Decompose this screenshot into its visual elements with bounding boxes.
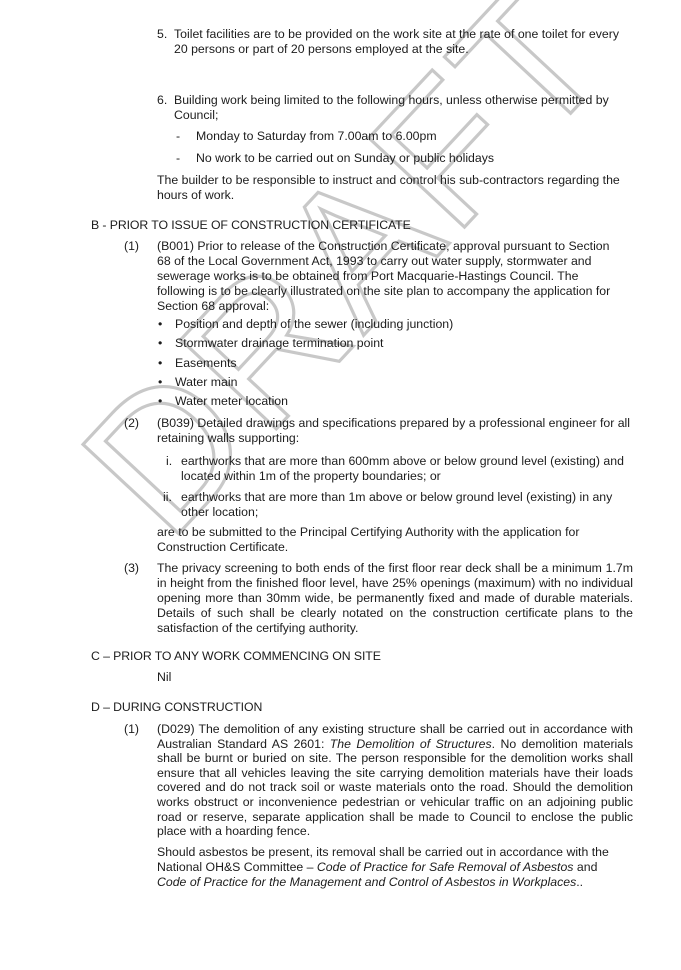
condition-text: (B039) Detailed drawings and specificati… bbox=[157, 416, 632, 446]
condition-text: (B001) Prior to release of the Construct… bbox=[157, 239, 619, 314]
sub-item-text: earthworks that are more than 600mm abov… bbox=[181, 454, 633, 484]
section-heading: D – DURING CONSTRUCTION bbox=[91, 700, 262, 715]
text-run: .. bbox=[576, 875, 583, 889]
closing-text: The builder to be responsible to instruc… bbox=[157, 173, 635, 203]
text-run: and bbox=[573, 860, 597, 874]
dash-marker: - bbox=[176, 129, 180, 144]
standard-title: The Demolition of Structures bbox=[330, 737, 492, 751]
condition-closing: are to be submitted to the Principal Cer… bbox=[157, 525, 617, 555]
list-item: Water meter location bbox=[175, 394, 288, 409]
list-item: Position and depth of the sewer (includi… bbox=[175, 317, 453, 332]
section-body: Nil bbox=[157, 670, 171, 685]
document-page: DRAFT 5. Toilet facilities are to be pro… bbox=[0, 0, 681, 970]
condition-text: Toilet facilities are to be provided on … bbox=[174, 27, 622, 57]
bullet-icon: • bbox=[158, 356, 162, 371]
code-title: Code of Practice for the Management and … bbox=[157, 875, 576, 889]
list-marker: 6. bbox=[157, 93, 167, 108]
condition-marker: (1) bbox=[124, 239, 139, 254]
list-item: Easements bbox=[175, 356, 237, 371]
bullet-icon: • bbox=[158, 336, 162, 351]
hours-text: Monday to Saturday from 7.00am to 6.00pm bbox=[196, 129, 437, 144]
condition-text: The privacy screening to both ends of th… bbox=[157, 561, 633, 636]
sub-item-text: earthworks that are more than 1m above o… bbox=[181, 490, 621, 520]
condition-marker: (2) bbox=[124, 416, 139, 431]
condition-text: (D029) The demolition of any existing st… bbox=[157, 722, 633, 839]
condition-marker: (3) bbox=[124, 561, 139, 576]
dash-marker: - bbox=[176, 151, 180, 166]
section-heading: B - PRIOR TO ISSUE OF CONSTRUCTION CERTI… bbox=[91, 218, 411, 233]
list-item: Stormwater drainage termination point bbox=[175, 336, 383, 351]
text-run: . No demolition materials shall be burnt… bbox=[157, 737, 633, 839]
asbestos-paragraph: Should asbestos be present, its removal … bbox=[157, 845, 622, 890]
code-title: Code of Practice for Safe Removal of Asb… bbox=[317, 860, 574, 874]
roman-marker: ii. bbox=[163, 490, 172, 505]
condition-text: Building work being limited to the follo… bbox=[174, 93, 632, 123]
section-heading: C – PRIOR TO ANY WORK COMMENCING ON SITE bbox=[91, 649, 381, 664]
roman-marker: i. bbox=[166, 454, 172, 469]
list-marker: 5. bbox=[157, 27, 167, 42]
bullet-icon: • bbox=[158, 317, 162, 332]
bullet-icon: • bbox=[158, 375, 162, 390]
hours-text: No work to be carried out on Sunday or p… bbox=[196, 151, 494, 166]
condition-marker: (1) bbox=[124, 722, 139, 737]
list-item: Water main bbox=[175, 375, 237, 390]
bullet-icon: • bbox=[158, 394, 162, 409]
